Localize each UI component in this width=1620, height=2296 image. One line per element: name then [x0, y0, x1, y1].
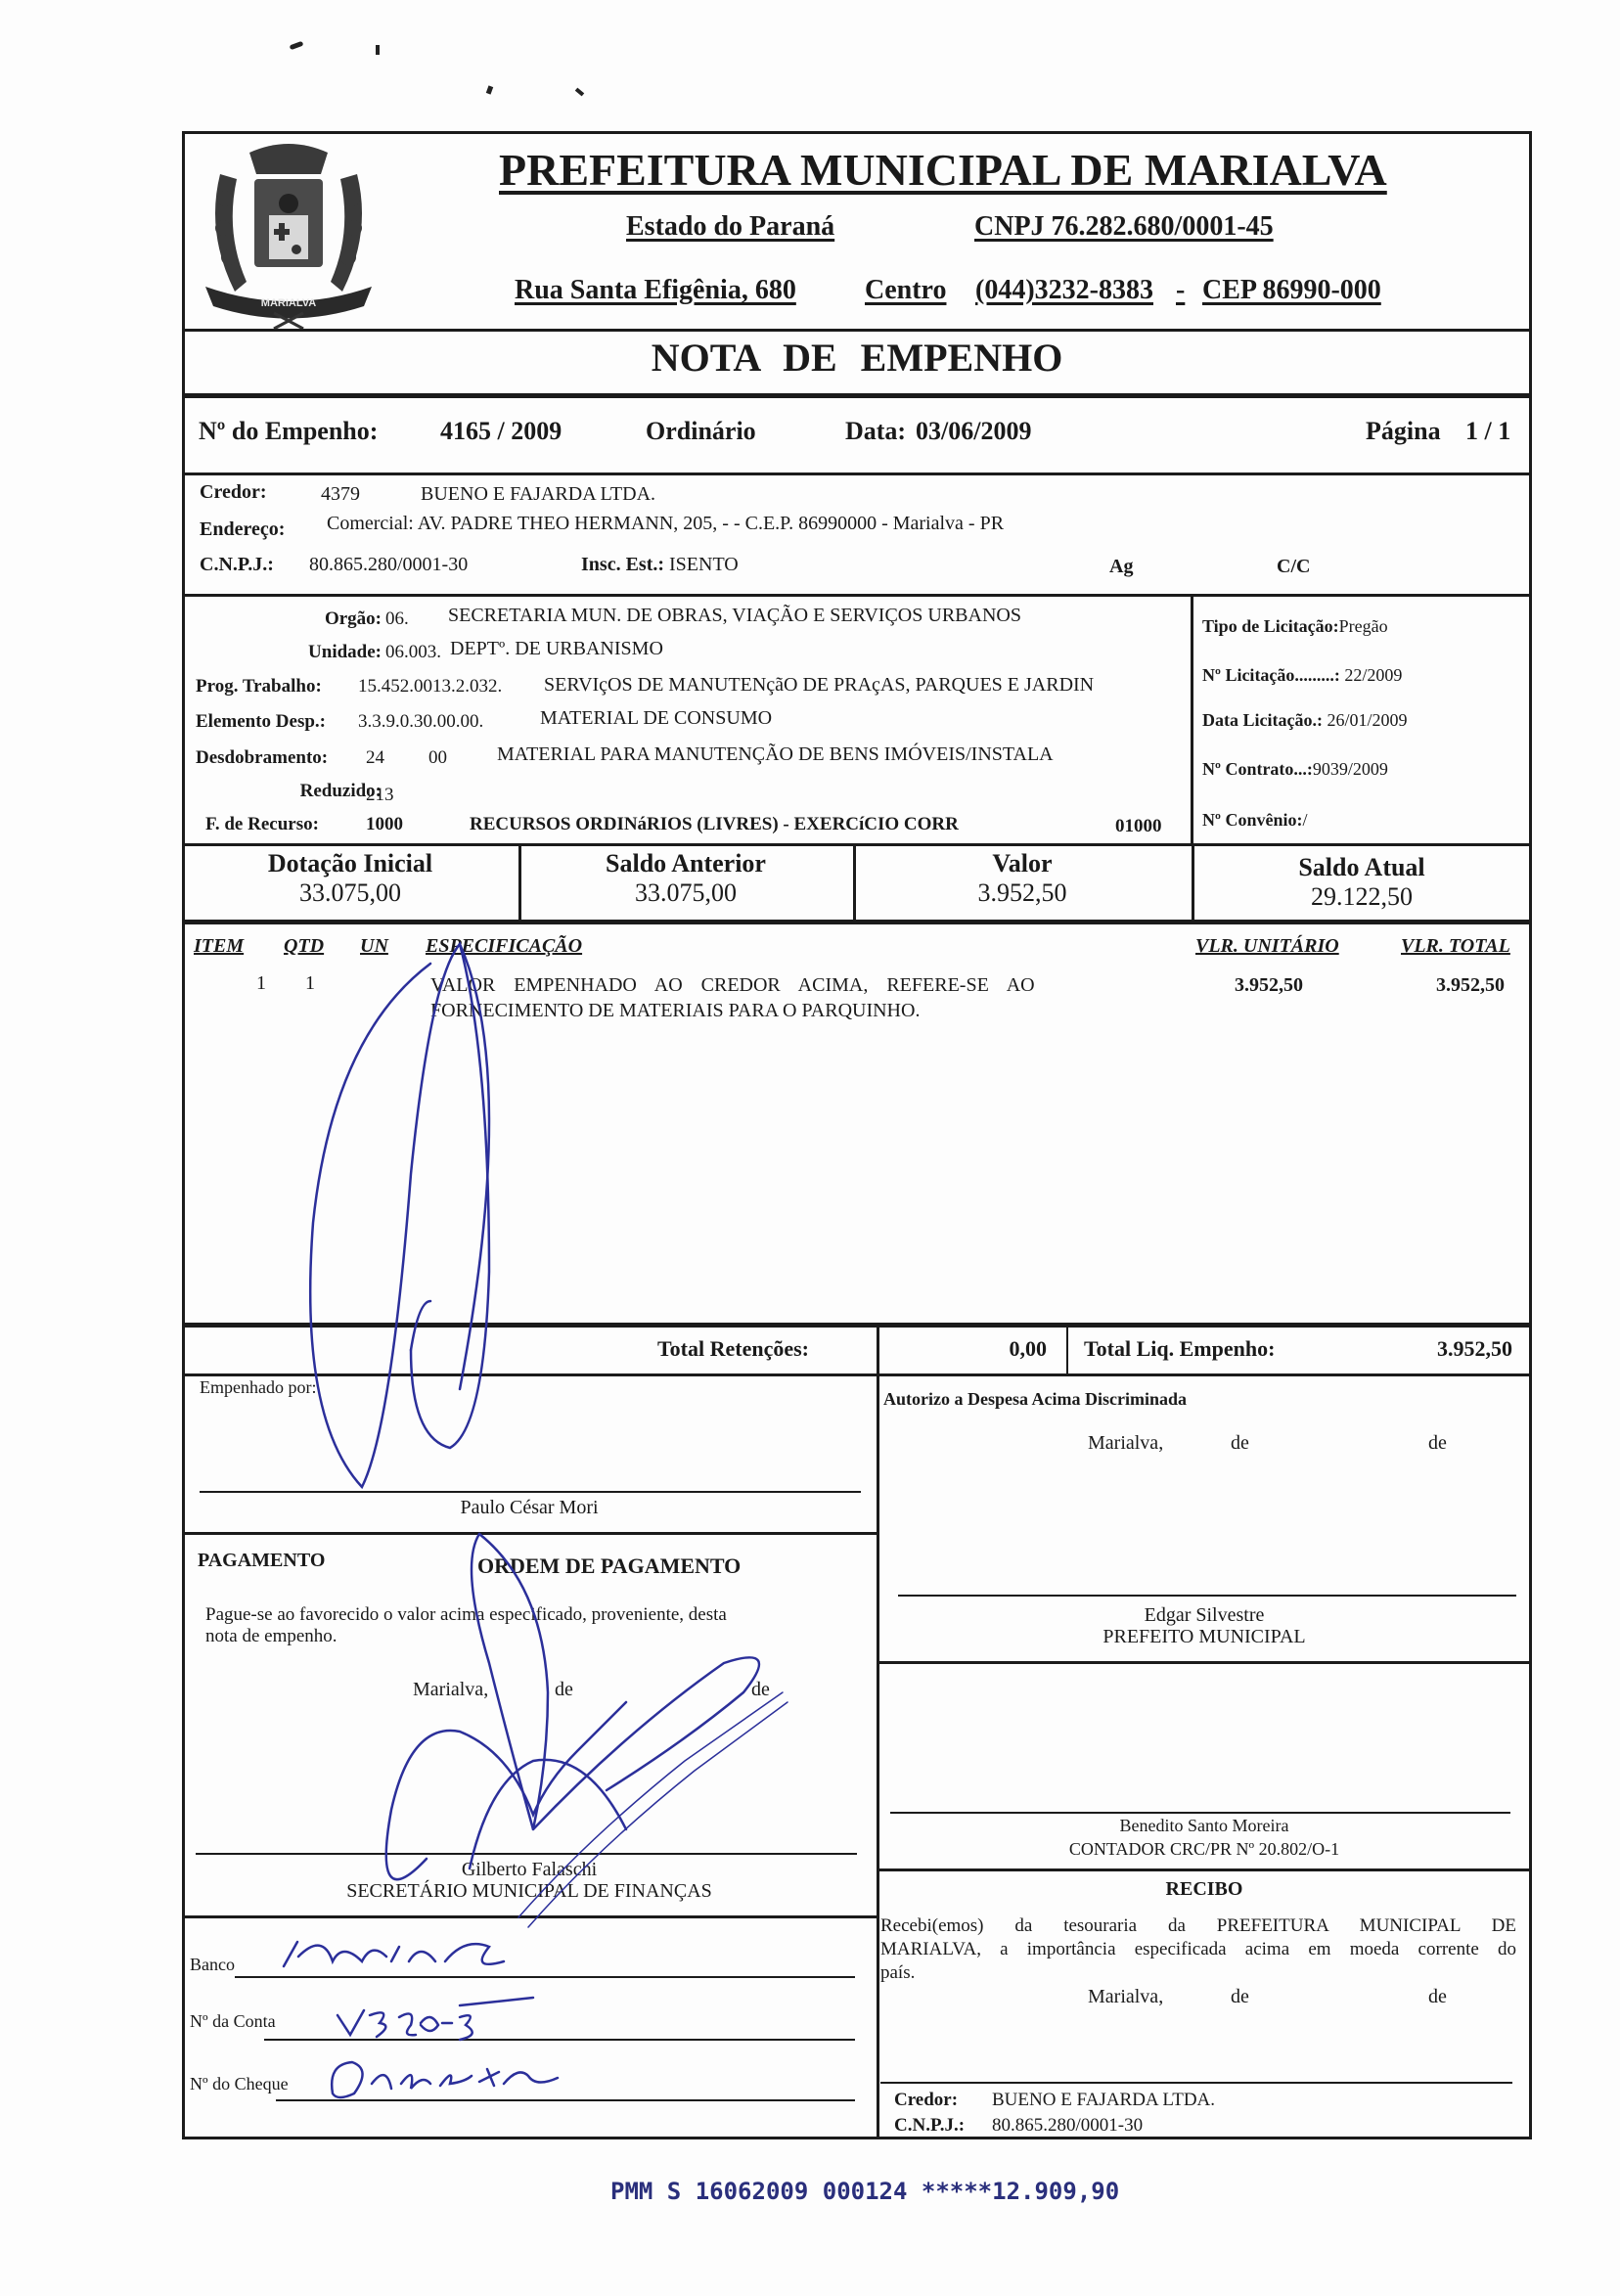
banco-line[interactable]: [235, 1976, 855, 1978]
data-licitacao-value: 26/01/2009: [1327, 710, 1407, 730]
pagamento-text-line1: Pague-se ao favorecido o valor acima esp…: [205, 1604, 727, 1626]
svg-text:MARIALVA: MARIALVA: [261, 297, 316, 309]
recurso-desc: RECURSOS ORDINáRIOS (LIVRES) - EXERCíCIO…: [470, 814, 959, 835]
recibo-city: Marialva,: [1088, 1986, 1163, 2008]
orgao-label: Orgão:: [186, 608, 382, 630]
divider: [182, 393, 1532, 398]
empenho-date: 03/06/2009: [916, 417, 1031, 446]
pagamento-de1: de: [555, 1679, 573, 1701]
divider: [877, 1323, 879, 2139]
coat-of-arms-icon: MARIALVA: [196, 135, 382, 331]
elemento-label: Elemento Desp.:: [196, 711, 326, 733]
unidade-label: Unidade:: [186, 642, 382, 663]
pagamento-text-line2: nota de empenho.: [205, 1626, 337, 1647]
unidade-code: 06.003.: [385, 642, 441, 663]
divider: [182, 1915, 877, 1918]
desdobramento-label: Desdobramento:: [196, 747, 328, 769]
conta-line[interactable]: [264, 2039, 855, 2041]
empenho-number-label: Nº do Empenho:: [199, 417, 378, 446]
unidade-desc: DEPTº. DE URBANISMO: [450, 638, 663, 660]
divider: [1191, 594, 1193, 843]
tipo-licitacao: Tipo de Licitação:Pregão: [1202, 616, 1388, 637]
credor-cnpj: 80.865.280/0001-30: [309, 554, 468, 576]
divider: [182, 329, 1532, 332]
total-liquido-value: 3.952,50: [1389, 1336, 1512, 1362]
credor-label: Credor:: [200, 481, 267, 504]
ag-label: Ag: [1109, 556, 1133, 578]
contrato-value: 9039/2009: [1313, 759, 1388, 779]
divider: [182, 843, 1532, 846]
saldo-value: 29.122,50: [1192, 882, 1532, 912]
municipality-phone: (044)3232-8383: [975, 275, 1153, 306]
prefeito-role: PREFEITO MUNICIPAL: [877, 1626, 1532, 1648]
municipality-address: Rua Santa Efigênia, 680: [515, 275, 796, 306]
row-total-value: 3.952,50: [1436, 974, 1505, 997]
row-unit-value: 3.952,50: [1235, 974, 1303, 997]
orgao-desc: SECRETARIA MUN. DE OBRAS, VIAÇÃO E SERVI…: [448, 605, 1021, 627]
col-header-spec: ESPECIFICAÇÃO: [426, 935, 582, 958]
convenio-label: Nº Convênio:: [1202, 810, 1302, 830]
divider: [877, 1661, 1532, 1664]
total-liquido-label: Total Liq. Empenho:: [1084, 1336, 1275, 1362]
saldo-value: 33.075,00: [182, 878, 518, 908]
secretario-name: Gilberto Falaschi: [182, 1859, 877, 1881]
pagamento-de2: de: [751, 1679, 770, 1701]
scan-mark: [575, 88, 584, 97]
scan-mark: [486, 85, 493, 94]
convenio: Nº Convênio:/: [1202, 810, 1307, 831]
signature-line: [200, 1491, 861, 1493]
saldo-value: 3.952,50: [853, 878, 1192, 908]
desdobramento-code: 24: [366, 747, 384, 769]
signature-line: [196, 1853, 857, 1855]
recibo-credor-label: Credor:: [894, 2090, 958, 2111]
contrato-label: Nº Contrato...:: [1202, 759, 1313, 779]
recurso-code: 1000: [366, 814, 403, 835]
recibo-text-line3: país.: [880, 1962, 915, 1984]
row-qtd: 1: [305, 972, 315, 995]
desdobramento-desc: MATERIAL PARA MANUTENÇÃO DE BENS IMÓVEIS…: [497, 743, 1054, 766]
col-header-un: UN: [360, 935, 388, 958]
municipality-district: Centro: [865, 275, 946, 306]
recurso-label: F. de Recurso:: [205, 814, 319, 835]
banco-label: Banco: [190, 1955, 235, 1975]
pagamento-city: Marialva,: [413, 1679, 488, 1701]
col-header-unit-value: VLR. UNITÁRIO: [1195, 935, 1339, 958]
saldo-valor: Valor 3.952,50: [853, 849, 1192, 908]
credor-address: Comercial: AV. PADRE THEO HERMANN, 205, …: [327, 513, 1004, 535]
recibo-cnpj-label: C.N.P.J.:: [894, 2115, 965, 2137]
numero-licitacao: Nº Licitação.........: 22/2009: [1202, 665, 1402, 686]
recibo-cnpj: 80.865.280/0001-30: [992, 2115, 1143, 2137]
prog-desc: SERVIçOS DE MANUTENçãO DE PRAçAS, PARQUE…: [544, 674, 1094, 697]
tipo-licitacao-value: Pregão: [1339, 616, 1388, 636]
desdobramento-sub: 00: [428, 747, 447, 769]
autorizo-city: Marialva,: [1088, 1432, 1163, 1455]
empenho-date-label: Data:: [845, 417, 906, 446]
signature-line: [880, 2082, 1512, 2084]
prog-code: 15.452.0013.2.032.: [358, 676, 502, 698]
ordem-pagamento-title: ORDEM DE PAGAMENTO: [477, 1553, 741, 1579]
autorizo-de1: de: [1231, 1432, 1249, 1455]
col-header-total-value: VLR. TOTAL: [1401, 935, 1510, 958]
reduzido-value: 213: [366, 785, 394, 806]
cheque-label: Nº do Cheque: [190, 2074, 289, 2094]
divider: [182, 1323, 1532, 1328]
empenhado-por-label: Empenhado por:: [200, 1377, 316, 1398]
credor-insc: ISENTO: [669, 554, 739, 576]
pagamento-label: PAGAMENTO: [198, 1550, 325, 1572]
credor-code: 4379: [321, 483, 360, 506]
credor-name: BUENO E FAJARDA LTDA.: [421, 483, 655, 506]
saldo-label: Saldo Anterior: [518, 849, 853, 878]
prog-label: Prog. Trabalho:: [196, 676, 322, 698]
scan-mark: [290, 41, 304, 50]
saldo-value: 33.075,00: [518, 878, 853, 908]
divider: [182, 473, 1532, 475]
divider: [877, 1868, 1532, 1871]
saldo-label: Valor: [853, 849, 1192, 878]
prefeito-name: Edgar Silvestre: [877, 1604, 1532, 1627]
scan-mark: [376, 45, 380, 55]
municipality-cnpj: CNPJ 76.282.680/0001-45: [974, 211, 1274, 243]
saldo-atual: Saldo Atual 29.122,50: [1192, 853, 1532, 912]
page-number: 1 / 1: [1465, 417, 1510, 446]
total-retencoes-label: Total Retenções:: [657, 1336, 809, 1362]
signature-line: [890, 1812, 1510, 1814]
col-header-qtd: QTD: [284, 935, 324, 958]
numero-licitacao-label: Nº Licitação.........:: [1202, 665, 1340, 685]
divider: [1066, 1323, 1068, 1375]
recibo-credor: BUENO E FAJARDA LTDA.: [992, 2090, 1215, 2111]
recibo-de2: de: [1428, 1986, 1447, 2008]
page-label: Página: [1366, 417, 1441, 446]
orgao-code: 06.: [385, 608, 409, 630]
cnpj-label: C.N.P.J.:: [200, 554, 274, 576]
empenho-number: 4165 / 2009: [440, 417, 562, 446]
row-spec-line1: VALOR EMPENHADO AO CREDOR ACIMA, REFERE-…: [430, 974, 1035, 997]
municipality-cep: CEP 86990-000: [1202, 275, 1381, 306]
address-label: Endereço:: [200, 518, 285, 541]
cc-label: C/C: [1277, 556, 1310, 578]
insc-label: Insc. Est.:: [581, 554, 664, 576]
conta-label: Nº da Conta: [190, 2011, 276, 2032]
cheque-line[interactable]: [276, 2099, 855, 2101]
signature-line: [898, 1595, 1516, 1597]
header-separator: -: [1176, 275, 1185, 306]
recibo-title: RECIBO: [877, 1878, 1532, 1901]
contador-name: Benedito Santo Moreira: [877, 1816, 1532, 1836]
col-header-item: ITEM: [194, 935, 244, 958]
row-spec-line2: FORNECIMENTO DE MATERIAIS PARA O PARQUIN…: [430, 1000, 920, 1022]
elemento-code: 3.3.9.0.30.00.00.: [358, 711, 483, 733]
recurso-number: 01000: [1115, 816, 1162, 837]
divider: [182, 920, 1532, 924]
convenio-value: /: [1302, 810, 1307, 830]
elemento-desc: MATERIAL DE CONSUMO: [540, 707, 772, 730]
saldo-anterior: Saldo Anterior 33.075,00: [518, 849, 853, 908]
numero-licitacao-value: 22/2009: [1344, 665, 1402, 685]
autorizo-label: Autorizo a Despesa Acima Discriminada: [883, 1389, 1187, 1410]
state-label: Estado do Paraná: [626, 211, 834, 243]
table-row: 1 1 VALOR EMPENHADO AO CREDOR ACIMA, REF…: [182, 972, 1532, 1031]
data-licitacao-label: Data Licitação.:: [1202, 710, 1323, 730]
contador-role: CONTADOR CRC/PR Nº 20.802/O-1: [877, 1839, 1532, 1860]
saldo-dotacao-inicial: Dotação Inicial 33.075,00: [182, 849, 518, 908]
saldo-label: Dotação Inicial: [182, 849, 518, 878]
payment-stamp: PMM S 16062009 000124 *****12.909,90: [610, 2178, 1119, 2205]
empenho-type: Ordinário: [646, 417, 756, 446]
data-licitacao: Data Licitação.: 26/01/2009: [1202, 710, 1407, 731]
document-title: NOTA DE EMPENHO: [182, 335, 1532, 381]
saldo-label: Saldo Atual: [1192, 853, 1532, 882]
total-retencoes-value: 0,00: [939, 1336, 1047, 1362]
row-item: 1: [256, 972, 266, 995]
divider: [182, 594, 1532, 597]
recibo-text-line1: Recebi(emos) da tesouraria da PREFEITURA…: [880, 1915, 1516, 1937]
contrato: Nº Contrato...:9039/2009: [1202, 759, 1388, 780]
tipo-licitacao-label: Tipo de Licitação:: [1202, 616, 1339, 636]
autorizo-de2: de: [1428, 1432, 1447, 1455]
recibo-text-line2: MARIALVA, a importância especificada aci…: [880, 1939, 1516, 1960]
divider: [182, 1532, 877, 1535]
divider: [182, 1373, 1532, 1376]
empenhado-signer: Paulo César Mori: [182, 1497, 877, 1519]
municipality-title: PREFEITURA MUNICIPAL DE MARIALVA: [499, 144, 1387, 196]
recibo-de1: de: [1231, 1986, 1249, 2008]
secretario-role: SECRETÁRIO MUNICIPAL DE FINANÇAS: [182, 1880, 877, 1903]
reduzido-label: Reduzido:: [186, 781, 382, 802]
